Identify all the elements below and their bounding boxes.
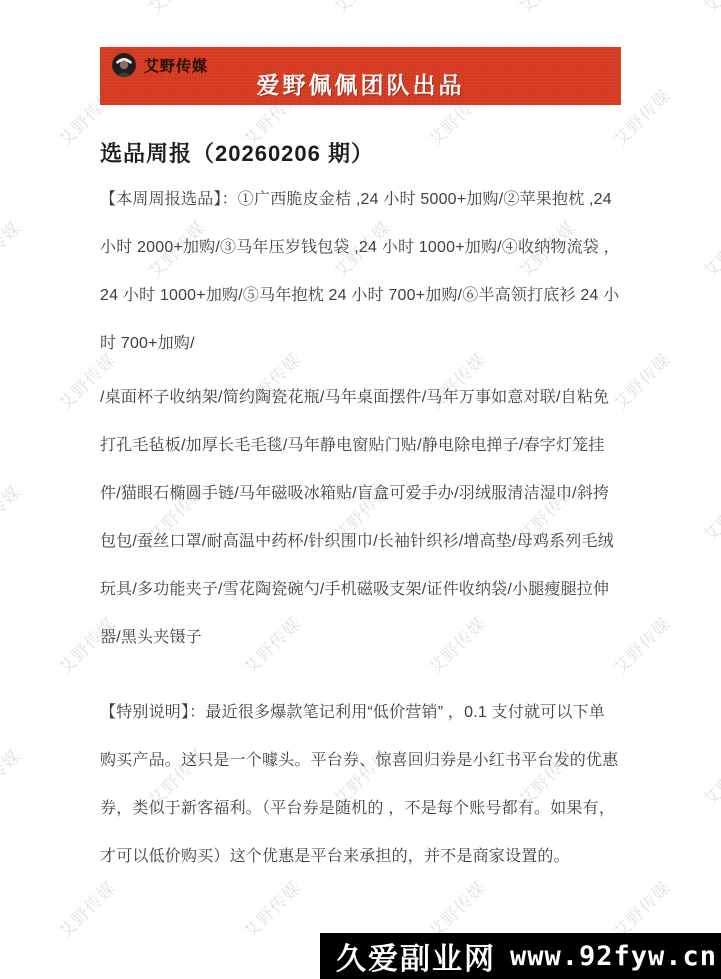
watermark-text: 艾野传媒	[142, 0, 211, 19]
watermark-text: 艾野传媒	[0, 0, 25, 19]
watermark-text: 艾野传媒	[697, 214, 721, 283]
watermark-text: 艾野传媒	[512, 0, 581, 19]
paragraph-special-note: 【特别说明】：最近很多爆款笔记利用“低价营销” ，0.1 支付就可以下单 购买产…	[100, 689, 623, 881]
watermark-text: 艾野传媒	[697, 742, 721, 811]
watermark-text: 艾野传媒	[0, 214, 25, 283]
watermark-text: 艾野传媒	[697, 478, 721, 547]
paragraph-item-list: /桌面杯子收纳架/简约陶瓷花瓶/马年桌面摆件/马年万事如意对联/自粘免 打孔毛毡…	[100, 374, 623, 662]
watermark-text: 艾野传媒	[0, 742, 25, 811]
page-title: 选品周报（20260206 期）	[100, 137, 374, 168]
banner-title: 爱野佩佩团队出品	[100, 67, 621, 100]
header-banner: 艾野传媒 爱野佩佩团队出品	[100, 47, 621, 105]
watermark-text: 艾野传媒	[327, 0, 396, 19]
footer-site-name: 久爱副业网	[336, 934, 496, 978]
paragraph-weekly-picks: 【本周周报选品】：①广西脆皮金桔 ,24 小时 5000+加购/②苹果抱枕 ,2…	[100, 176, 623, 368]
footer-site-url: www.92fyw.cn	[510, 941, 717, 972]
watermark-text: 艾野传媒	[52, 874, 121, 943]
article-body: 【本周周报选品】：①广西脆皮金桔 ,24 小时 5000+加购/②苹果抱枕 ,2…	[100, 176, 623, 881]
watermark-text: 艾野传媒	[697, 0, 721, 19]
document-page: 艾野传媒艾野传媒艾野传媒艾野传媒艾野传媒艾野传媒艾野传媒艾野传媒艾野传媒艾野传媒…	[0, 0, 721, 979]
footer-bar: 久爱副业网 www.92fyw.cn	[320, 933, 721, 979]
watermark-text: 艾野传媒	[237, 874, 306, 943]
watermark-text: 艾野传媒	[0, 478, 25, 547]
